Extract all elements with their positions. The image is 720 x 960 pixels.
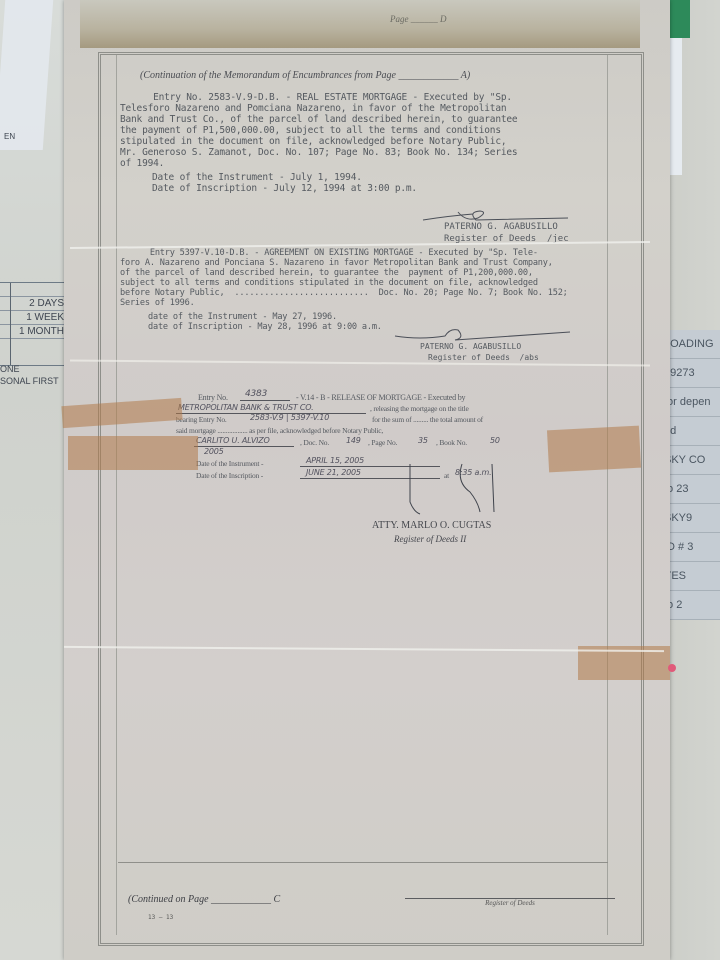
release-bearing-suffix: for the sum of ......... the total amoun…: [372, 414, 483, 425]
release-signatory-title: Register of Deeds II: [394, 534, 466, 544]
footer-rule: [118, 862, 608, 863]
entry-line: Bank and Trust Co., of the parcel of lan…: [120, 114, 517, 125]
entry-line: the payment of P1,500,000.00, subject to…: [120, 125, 501, 136]
page-header: Page ______ D: [390, 14, 447, 24]
pink-pin: [668, 664, 676, 672]
footer-register-of-deeds: Register of Deeds: [405, 898, 615, 907]
release-bearing-values: 2583-V.9 | 5397-V.10: [250, 412, 329, 423]
continued-on-page: (Continued on Page ____________ C: [128, 894, 280, 905]
background-left-sheet: [0, 0, 53, 150]
table-divider: [10, 283, 11, 365]
release-inscription-label: Date of the Inscription -: [196, 470, 263, 481]
entry-line: Series of 1996.: [120, 298, 195, 309]
background-left-label: EN: [4, 132, 15, 141]
inscription-date: Date of Inscription - July 12, 1994 at 3…: [152, 183, 417, 194]
entry-line: stipulated in the document on file, ackn…: [120, 136, 506, 147]
release-signatory-name: ATTY. MARLO O. CUGTAS: [372, 520, 491, 531]
release-page-no: 35: [418, 435, 428, 446]
background-left-label: ONE: [0, 364, 20, 374]
release-party-suffix: , releasing the mortgage on the title: [370, 403, 469, 414]
background-green-tag: [668, 0, 690, 38]
form-code: 13 — 13: [148, 914, 173, 921]
field-underline: [240, 400, 290, 401]
release-entry-number: 4383: [245, 389, 267, 400]
release-page-label: , Page No.: [368, 437, 397, 448]
release-notary: CARLITO U. ALVIZO: [196, 435, 270, 446]
release-series: 2005: [204, 446, 224, 457]
release-doc-no: 149: [346, 435, 361, 446]
release-instrument-date: APRIL 15, 2005: [306, 455, 364, 466]
signature-icon: [400, 462, 510, 522]
memorandum-header: (Continuation of the Memorandum of Encum…: [140, 70, 470, 81]
release-inscription-date: JUNE 21, 2005: [306, 467, 361, 478]
release-book-no: 50: [490, 435, 500, 446]
entry-line: Mr. Generoso S. Zamanot, Doc. No. 107; P…: [120, 147, 517, 158]
inscription-date: date of Inscription - May 28, 1996 at 9:…: [148, 322, 382, 333]
signatory-name: PATERNO G. AGABUSILLO: [444, 222, 558, 232]
entry-line: Telesforo Nazareno and Pomciana Nazareno…: [120, 103, 506, 114]
release-entry-title: - V.14 - B - RELEASE OF MORTGAGE - Execu…: [296, 392, 465, 403]
release-instrument-label: Date of the Instrument -: [196, 458, 263, 469]
background-price-table: 2 DAYS 1 WEEK 1 MONTH: [0, 282, 66, 366]
signatory-name: PATERNO G. AGABUSILLO: [420, 342, 521, 351]
release-book-label: , Book No.: [436, 437, 467, 448]
signatory-title: Register of Deeds /abs: [428, 353, 539, 362]
tape-strip: [68, 436, 198, 470]
instrument-date: Date of the Instrument - July 1, 1994.: [152, 172, 362, 183]
release-bearing-label: bearing Entry No.: [176, 414, 227, 425]
previous-page-flap: Page ______ D: [80, 0, 640, 48]
release-doc-label: , Doc. No.: [300, 437, 329, 448]
background-left-label: SONAL FIRST: [0, 376, 59, 386]
background-left-paper: EN 2 DAYS 1 WEEK 1 MONTH ONE SONAL FIRST: [0, 0, 70, 960]
entry-line: of 1994.: [120, 158, 164, 169]
tape-strip: [547, 426, 641, 473]
entry-line: Entry No. 2583-V.9-D.B. - REAL ESTATE MO…: [120, 92, 512, 103]
